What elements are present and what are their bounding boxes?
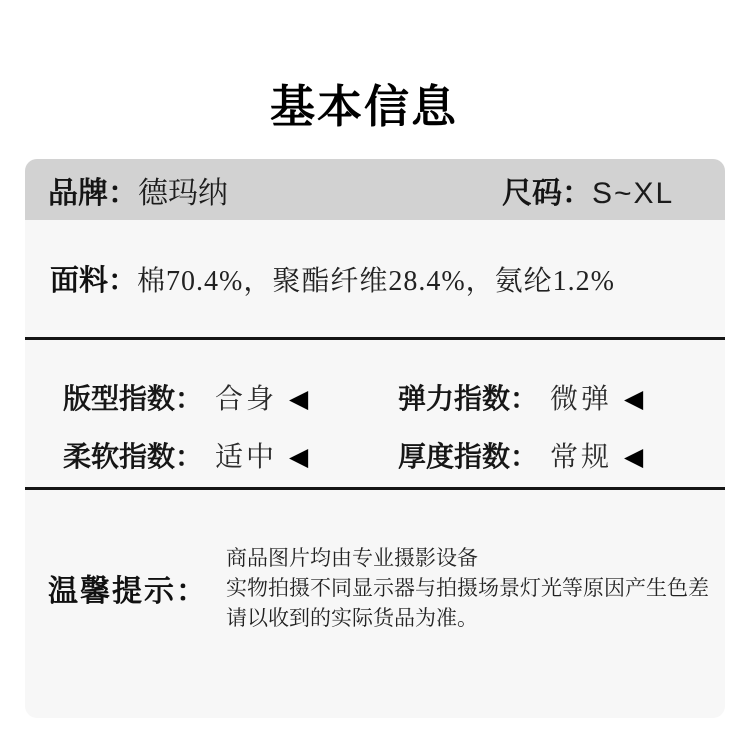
index-elasticity: 弹力指数：微弹◀: [398, 378, 643, 425]
tips-line: 请以收到的实际货品为准。: [226, 603, 709, 633]
index-elasticity-value: 微弹: [550, 384, 612, 415]
index-softness-value: 适中: [215, 442, 277, 473]
brand-value: 德玛纳: [138, 177, 228, 210]
index-thickness-label: 厚度指数：: [398, 437, 550, 479]
index-softness: 柔软指数：适中◀: [63, 436, 308, 483]
index-thickness-value: 常规: [550, 442, 612, 473]
index-section: 版型指数：合身◀ 弹力指数：微弹◀ 柔软指数：适中◀ 厚度指数：常规◀: [25, 340, 725, 487]
info-panel: 品牌：德玛纳 尺码：S~XL 面料：棉70.4%，聚酯纤维28.4%，氨纶1.2…: [25, 159, 725, 718]
left-triangle-icon: ◀: [289, 384, 308, 413]
size-field: 尺码：S~XL: [502, 168, 674, 212]
tips-line: 实物拍摄不同显示器与拍摄场景灯光等原因产生色差: [226, 573, 709, 603]
fabric-row: 面料：棉70.4%，聚酯纤维28.4%，氨纶1.2%: [25, 220, 725, 337]
index-elasticity-label: 弹力指数：: [398, 379, 550, 421]
fabric-value: 棉70.4%，聚酯纤维28.4%，氨纶1.2%: [137, 259, 615, 299]
left-triangle-icon: ◀: [289, 442, 308, 471]
index-row-1: 版型指数：合身◀ 弹力指数：微弹◀: [25, 378, 725, 420]
size-value: S~XL: [592, 177, 674, 210]
tips-line: 商品图片均由专业摄影设备: [226, 543, 709, 573]
fabric-label: 面料：: [50, 258, 137, 299]
left-triangle-icon: ◀: [624, 442, 643, 471]
tips-section: 温馨提示： 商品图片均由专业摄影设备 实物拍摄不同显示器与拍摄场景灯光等原因产生…: [25, 490, 725, 718]
brand-field: 品牌：德玛纳: [48, 168, 228, 212]
index-row-2: 柔软指数：适中◀ 厚度指数：常规◀: [25, 436, 725, 478]
index-fit-label: 版型指数：: [63, 379, 215, 421]
size-label: 尺码：: [502, 177, 592, 210]
index-softness-label: 柔软指数：: [63, 437, 215, 479]
header-row: 品牌：德玛纳 尺码：S~XL: [25, 159, 725, 220]
index-fit-value: 合身: [215, 384, 277, 415]
brand-label: 品牌：: [48, 177, 138, 210]
page-title: 基本信息: [0, 70, 728, 135]
tips-label: 温馨提示：: [48, 566, 208, 610]
index-thickness: 厚度指数：常规◀: [398, 436, 643, 483]
tips-body: 商品图片均由专业摄影设备 实物拍摄不同显示器与拍摄场景灯光等原因产生色差 请以收…: [226, 543, 709, 633]
index-fit: 版型指数：合身◀: [63, 378, 308, 425]
left-triangle-icon: ◀: [624, 384, 643, 413]
